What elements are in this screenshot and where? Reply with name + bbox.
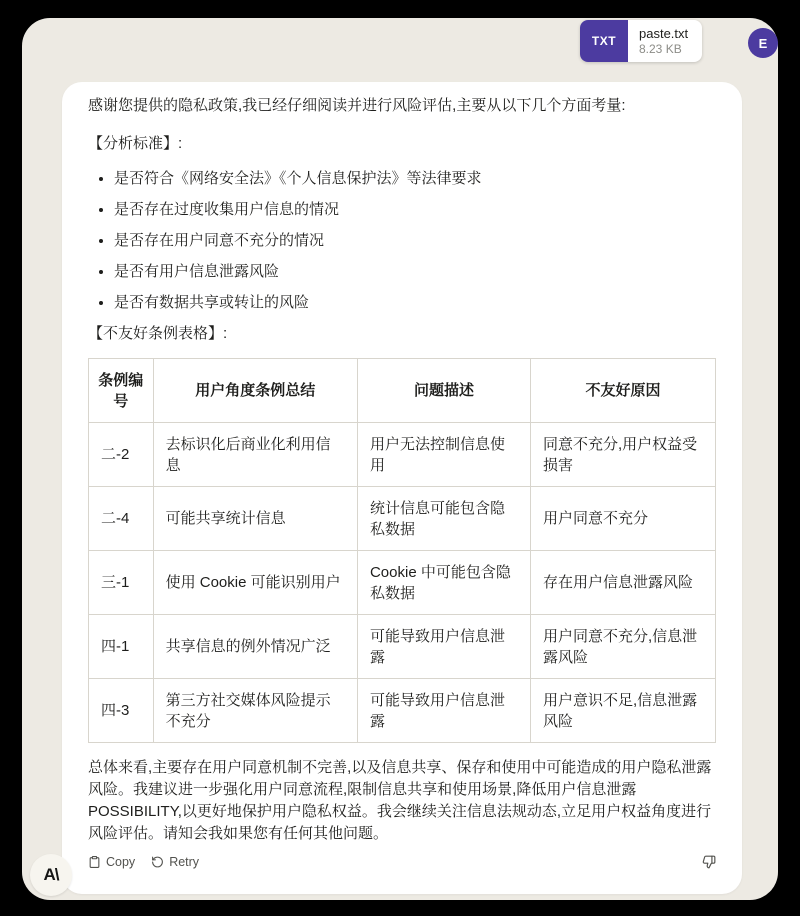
table-cell: 第三方社交媒体风险提示不充分: [153, 679, 357, 743]
table-cell: 统计信息可能包含隐私数据: [357, 487, 530, 551]
attachment-chip[interactable]: TXT paste.txt 8.23 KB: [580, 20, 702, 62]
thumbs-down-icon: [702, 855, 716, 869]
table-header-cell: 用户角度条例总结: [153, 359, 357, 423]
unfriendly-clauses-table: 条例编号用户角度条例总结问题描述不友好原因 二-2去标识化后商业化利用信息用户无…: [88, 358, 716, 743]
criteria-list: 是否符合《网络安全法》《个人信息保护法》等法律要求是否存在过度收集用户信息的情况…: [114, 168, 716, 314]
table-row: 四-1共享信息的例外情况广泛可能导致用户信息泄露用户同意不充分,信息泄露风险: [89, 615, 716, 679]
copy-button[interactable]: Copy: [88, 853, 135, 871]
attachment-info: paste.txt 8.23 KB: [628, 20, 702, 62]
assistant-message-card: 感谢您提供的隐私政策,我已经仔细阅读并进行风险评估,主要从以下几个方面考量: 【…: [62, 82, 742, 894]
table-cell: Cookie 中可能包含隐私数据: [357, 551, 530, 615]
table-cell: 二-2: [89, 423, 154, 487]
table-cell: 使用 Cookie 可能识别用户: [153, 551, 357, 615]
intro-paragraph: 感谢您提供的隐私政策,我已经仔细阅读并进行风险评估,主要从以下几个方面考量:: [88, 95, 716, 117]
table-row: 二-2去标识化后商业化利用信息用户无法控制信息使用同意不充分,用户权益受损害: [89, 423, 716, 487]
anthropic-logomark: A\: [44, 865, 59, 885]
attachment-filesize: 8.23 KB: [639, 42, 688, 57]
attachment-filename: paste.txt: [639, 26, 688, 42]
table-cell: 可能导致用户信息泄露: [357, 679, 530, 743]
table-cell: 存在用户信息泄露风险: [531, 551, 716, 615]
message-actions-bar: Copy Retry: [88, 853, 716, 871]
table-header-row: 条例编号用户角度条例总结问题描述不友好原因: [89, 359, 716, 423]
table-header-cell: 问题描述: [357, 359, 530, 423]
criteria-item: 是否符合《网络安全法》《个人信息保护法》等法律要求: [114, 168, 716, 190]
table-row: 二-4可能共享统计信息统计信息可能包含隐私数据用户同意不充分: [89, 487, 716, 551]
file-type-badge: TXT: [580, 20, 628, 62]
retry-button[interactable]: Retry: [151, 853, 199, 871]
criteria-item: 是否有数据共享或转让的风险: [114, 292, 716, 314]
retry-button-label: Retry: [169, 855, 199, 869]
criteria-item: 是否存在用户同意不充分的情况: [114, 230, 716, 252]
clipboard-icon: [88, 855, 101, 869]
copy-button-label: Copy: [106, 855, 135, 869]
table-cell: 用户意识不足,信息泄露风险: [531, 679, 716, 743]
user-avatar[interactable]: E: [748, 28, 778, 58]
retry-icon: [151, 855, 164, 869]
criteria-item: 是否存在过度收集用户信息的情况: [114, 199, 716, 221]
criteria-item: 是否有用户信息泄露风险: [114, 261, 716, 283]
table-header-cell: 条例编号: [89, 359, 154, 423]
table-cell: 共享信息的例外情况广泛: [153, 615, 357, 679]
table-cell: 去标识化后商业化利用信息: [153, 423, 357, 487]
table-cell: 同意不充分,用户权益受损害: [531, 423, 716, 487]
table-cell: 四-3: [89, 679, 154, 743]
table-cell: 二-4: [89, 487, 154, 551]
workspace-container: TXT paste.txt 8.23 KB E 感谢您提供的隐私政策,我已经仔细…: [22, 18, 778, 900]
anthropic-logo: A\: [30, 854, 72, 896]
table-heading: 【不友好条例表格】:: [88, 323, 716, 345]
table-cell: 用户同意不充分: [531, 487, 716, 551]
thumbs-down-button[interactable]: [702, 853, 716, 871]
table-cell: 四-1: [89, 615, 154, 679]
table-cell: 三-1: [89, 551, 154, 615]
table-cell: 用户同意不充分,信息泄露风险: [531, 615, 716, 679]
table-cell: 可能共享统计信息: [153, 487, 357, 551]
table-cell: 用户无法控制信息使用: [357, 423, 530, 487]
table-row: 四-3第三方社交媒体风险提示不充分可能导致用户信息泄露用户意识不足,信息泄露风险: [89, 679, 716, 743]
table-cell: 可能导致用户信息泄露: [357, 615, 530, 679]
table-row: 三-1使用 Cookie 可能识别用户Cookie 中可能包含隐私数据存在用户信…: [89, 551, 716, 615]
conclusion-paragraph: 总体来看,主要存在用户同意机制不完善,以及信息共享、保存和使用中可能造成的用户隐…: [88, 757, 716, 845]
criteria-heading: 【分析标准】:: [88, 133, 716, 155]
table-header-cell: 不友好原因: [531, 359, 716, 423]
